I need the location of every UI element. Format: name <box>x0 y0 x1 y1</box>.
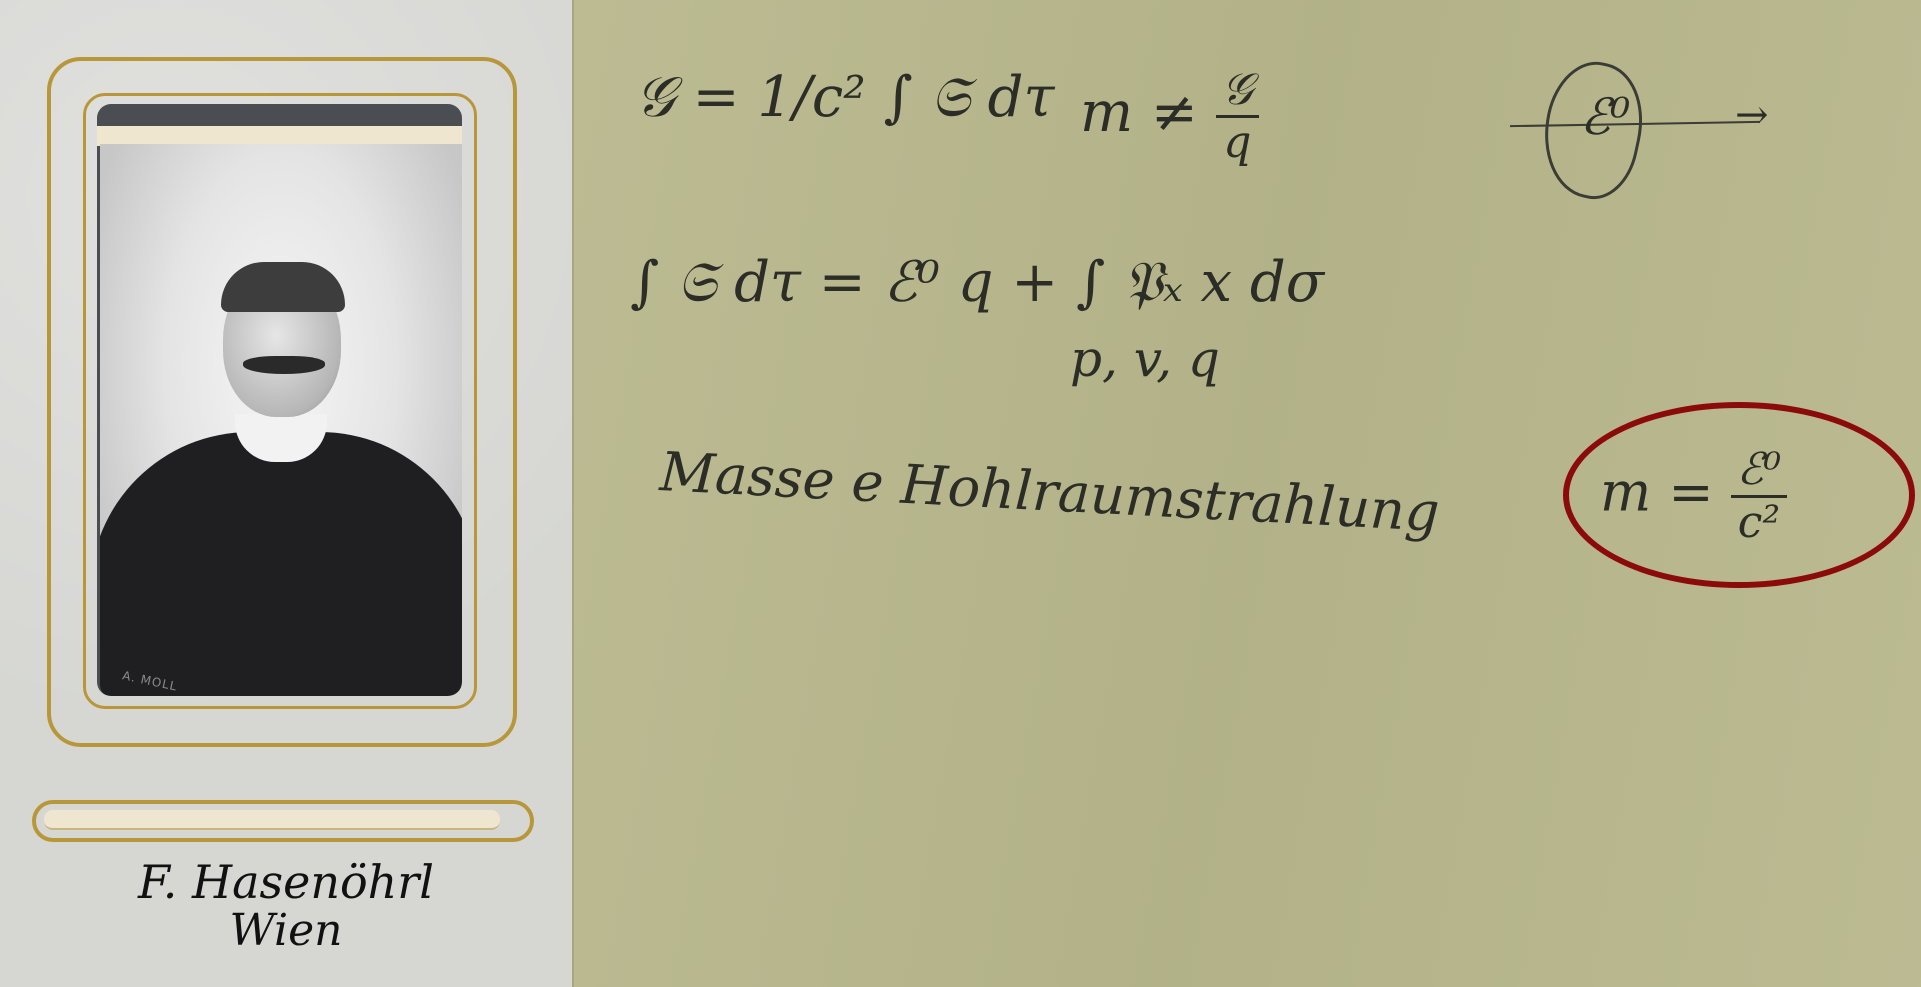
portrait-photo: A. MOLL <box>100 144 462 696</box>
equation-2-subscript: p, v, q <box>1070 330 1220 388</box>
e0-symbol: ℰ⁰ <box>1580 88 1630 146</box>
inequality-numerator: 𝒢 <box>1216 65 1259 118</box>
caption-city: Wien <box>0 905 572 956</box>
inequality: m ≠ 𝒢 q <box>1080 65 1259 168</box>
photo-card-edge <box>97 126 462 146</box>
eq3-lhs: m = <box>1600 461 1714 524</box>
inequality-lhs: m ≠ <box>1080 80 1198 145</box>
equation-2: ∫ 𝔖 dτ = ℰ⁰ q + ∫ 𝔓ₓ x dσ <box>630 250 1324 316</box>
photo-well: A. MOLL <box>97 104 462 696</box>
portrait-hair <box>221 262 345 312</box>
caption-name: F. Hasenöhrl <box>0 855 572 909</box>
photo-album-page: A. MOLL F. Hasenöhrl Wien <box>0 0 572 987</box>
inequality-denominator: q <box>1216 118 1259 168</box>
caption-slot <box>44 810 500 830</box>
eq3-fraction: ℰ⁰ c² <box>1731 445 1787 548</box>
eq3-denominator: c² <box>1731 498 1787 548</box>
portrait-suit <box>100 432 462 696</box>
portrait-mustache <box>243 356 325 374</box>
arrow-icon: → <box>1735 92 1769 138</box>
eq3-numerator: ℰ⁰ <box>1731 445 1787 498</box>
equation-1: 𝒢 = 1/c² ∫ 𝔖 dτ <box>635 65 1054 131</box>
mass-energy-equation: m = ℰ⁰ c² <box>1600 445 1787 548</box>
inequality-fraction: 𝒢 q <box>1216 65 1259 168</box>
